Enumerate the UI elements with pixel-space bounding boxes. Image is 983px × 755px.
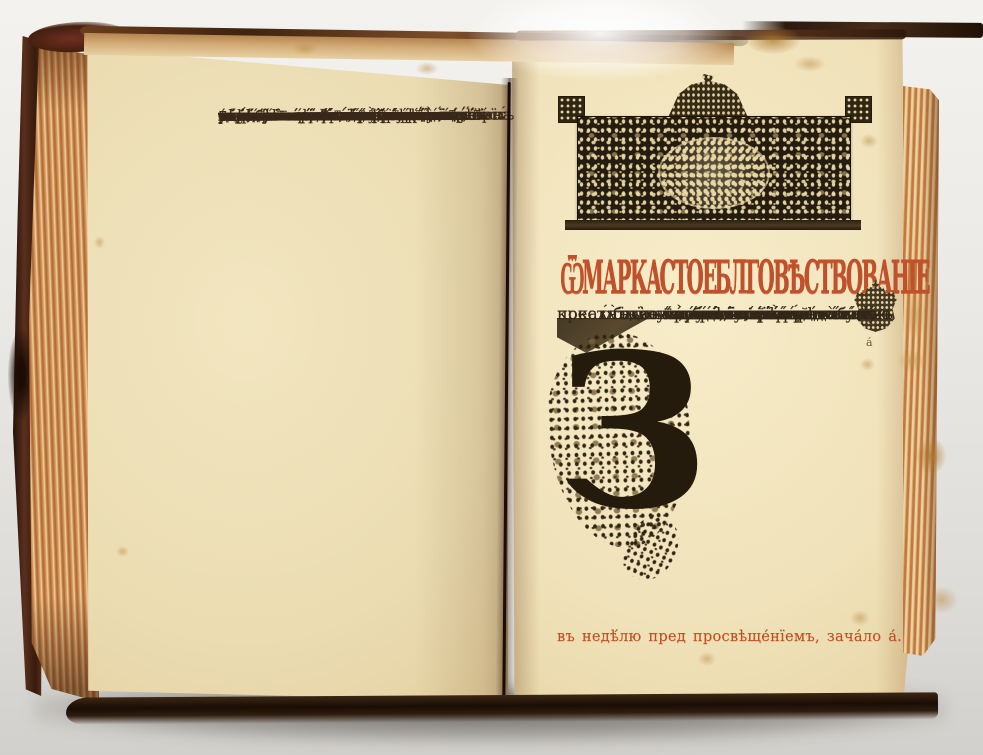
right-page-top-edge: [516, 29, 906, 40]
red-rubric-line: въ недѣ́лю пред просвѣще́нїемъ, зача́ло …: [557, 629, 902, 645]
foxing-spot: [746, 26, 800, 54]
text-line: покаѧ́нїѧ во ѿпуще́нїе грѣхѡ́въ. я́же: [557, 300, 863, 327]
headpiece-base-bar: [565, 220, 861, 230]
left-page-text: ри́хъ, внача́лѣ къ сло́ву. ѿ мно́женаудѣ…: [218, 103, 474, 104]
initial-letter: З: [556, 326, 696, 538]
foxing-spot: [850, 610, 870, 626]
left-page: [84, 44, 508, 704]
foxing-spot: [94, 236, 105, 249]
book-bottom-edge: [66, 692, 938, 724]
foxing-spot: [916, 438, 946, 474]
foxing-spot: [794, 56, 826, 72]
text-line: та́лѡ єзлама́ ѿзѧ́ща.: [218, 103, 375, 129]
headpiece-woodcut: [577, 116, 851, 221]
margin-chapter-mark: а́: [866, 336, 873, 349]
foxing-spot: [292, 42, 318, 55]
foxing-spot: [698, 652, 716, 666]
foxing-spot: [860, 358, 875, 371]
foxing-spot: [904, 290, 926, 340]
foxing-spot: [860, 134, 878, 148]
foxing-spot: [116, 546, 129, 557]
foxing-spot: [898, 350, 926, 372]
photo-of-open-antique-book: ри́хъ, внача́лѣ къ сло́ву. ѿ мно́женаудѣ…: [0, 0, 983, 755]
chapter-title-vyaz: Ѿ МАРКА СТОЕ БЛГОВѢСТВОВАНІЕ: [560, 251, 854, 306]
foxing-spot: [416, 62, 438, 75]
foxing-spot: [926, 586, 958, 614]
headpiece-medallion: [658, 137, 770, 209]
